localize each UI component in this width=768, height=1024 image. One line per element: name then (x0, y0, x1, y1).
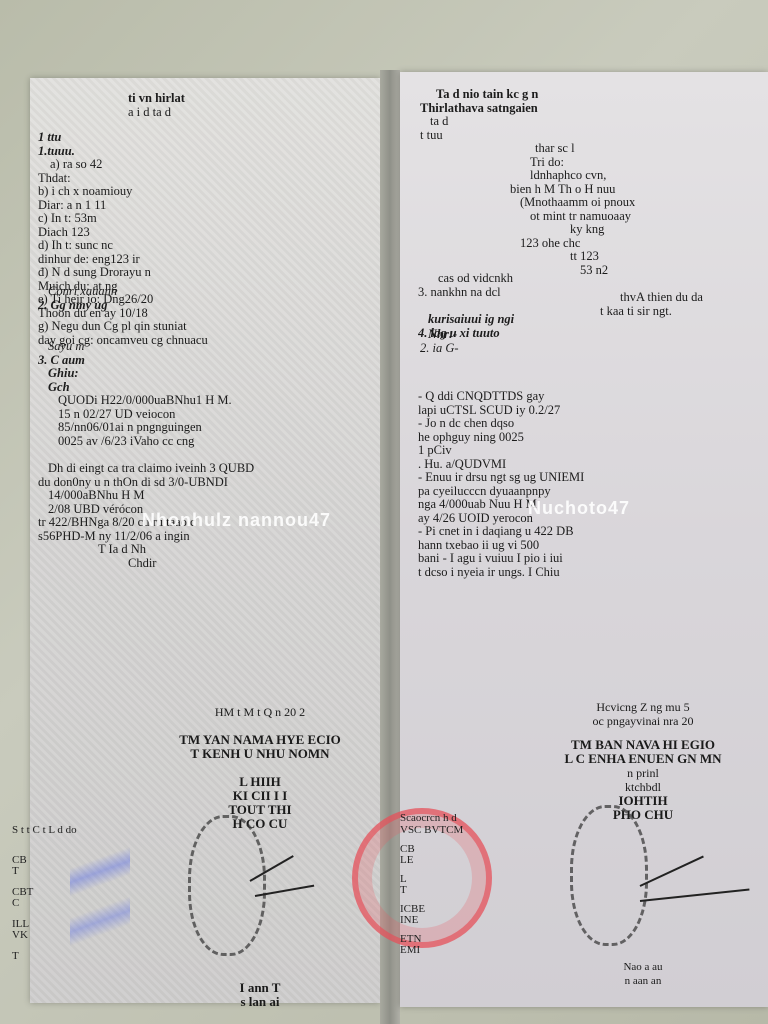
left-stamp-row: CBT C (12, 877, 77, 909)
left-signer-name: I ann T s lan ai (165, 981, 355, 1009)
right-line: bani - I agu i vuiuu I pio i iui (418, 552, 584, 566)
left-line: Sayu m (38, 312, 254, 354)
right-stamp-row: VSC BVTCM (400, 824, 463, 836)
right-line: ky kng (420, 223, 703, 237)
right-line: (Mnothaamm oi pnoux (420, 196, 703, 210)
left-line: dinhur de: eng123 ir (38, 253, 208, 267)
right-line: - Jo n dc chen dqso (418, 417, 584, 431)
left-sig-title-1: TM YAN NAMA HYE ECIO (165, 733, 355, 747)
left-stamp-row: S t t C t L d do (12, 815, 77, 845)
left-header-line: a i d ta d (38, 106, 208, 120)
right-line: cas od vidcnkh (418, 272, 584, 286)
left-line: 1.tuuu. (38, 145, 208, 159)
right-stamp-row: L T (400, 866, 463, 896)
left-line: 85/nn06/01ai n pngnguingen (38, 421, 254, 435)
left-line: đ) N d sung Drorayu n (38, 266, 208, 280)
left-line: T Ia d Nh (38, 543, 254, 557)
right-line: 1 pCiv (418, 444, 584, 458)
right-sig-role-3: IOHTIH (548, 794, 738, 808)
right-line: thar sc l (420, 142, 703, 156)
left-line: Chdir (38, 557, 254, 571)
left-line: du don0ny u n thOn di sd 3/0-UBNDI (38, 476, 254, 490)
right-line: ldnhaphco cvn, (420, 169, 703, 183)
right-line: - Q ddi CNQDTTDS gay (418, 340, 584, 404)
right-line: . Hu. a/QUDVMI (418, 458, 584, 472)
right-line: hann txebao ii ug vi 500 (418, 539, 584, 553)
left-stamp-row: T (12, 941, 77, 971)
left-official-seal (188, 815, 266, 956)
watermark-left: Nhonhulz nannou47 (142, 510, 331, 531)
right-line: 4. lag u xi tuuto (418, 327, 584, 341)
left-line: d) Ih t: sunc nc (38, 239, 208, 253)
right-line: ta d (420, 115, 703, 129)
right-sig-date: Hcvicng Z ng mu 5 (548, 700, 738, 714)
right-stamp-row: ICBE INE (400, 896, 463, 926)
right-line: lapi uCTSL SCUD iy 0.2/27 (418, 404, 584, 418)
left-line: 0025 av /6/23 iVaho cc cng (38, 435, 254, 449)
left-line: Conri xauann (38, 285, 254, 299)
left-sig-role-1: L HIIH (165, 775, 355, 789)
right-page-mid-text: cas od vidcnkh 3. nankhn na dcl kurisaiu… (418, 272, 584, 579)
right-line: 123 ohe chc (420, 237, 703, 251)
right-line: kurisaiuui ig ngi (418, 299, 584, 327)
left-line: 3. C aum (38, 354, 254, 368)
right-line: t tuu (420, 129, 703, 143)
right-line: pa cyeilucccn dyuaanpnpy (418, 485, 584, 499)
left-stamp-row: ILL VK (12, 909, 77, 941)
left-line: Thdat: (38, 172, 208, 186)
left-line: 15 n 02/27 UD veiocon (38, 408, 254, 422)
left-sig-role-2: KI CII I I (165, 789, 355, 803)
right-line: - Enuu ir drsu ngt sg ug UNIEMI (418, 471, 584, 485)
right-stamp-rows: Scaocrcn h d VSC BVTCM CB LE L T ICBE IN… (400, 812, 463, 956)
left-line: c) In t: 53m (38, 212, 208, 226)
right-line: Tri do: (420, 156, 703, 170)
right-line: he ophguy ning 0025 (418, 431, 584, 445)
right-sig-title-2: L C ENHA ENUEN GN MN (548, 752, 738, 766)
right-line: t dcso i nyeia ir ungs. I Chiu (418, 566, 584, 580)
left-line: a) ra so 42 (38, 158, 208, 172)
left-sig-role-3: TOUT THI (165, 803, 355, 817)
right-line: tt 123 (420, 250, 703, 264)
right-stamp-row: CB LE (400, 836, 463, 866)
left-blue-signature (70, 840, 130, 960)
left-header-line: ti vn hirlat (38, 92, 208, 106)
right-header-line: Ta d nio tain kc g n (420, 88, 703, 102)
right-sig-role-1: n prinl (548, 766, 738, 780)
right-official-seal (570, 805, 648, 946)
right-stamp-row: Scaocrcn h d (400, 812, 463, 824)
left-line: QUODi H22/0/000uaBNhu1 H M. (38, 394, 254, 408)
left-line: 2. Gg nmy ug (38, 299, 254, 313)
left-sig-date: HM t M t Q n 20 2 (165, 705, 355, 719)
right-line: ot mint tr namuoaay (420, 210, 703, 224)
left-line: Diar: a n 1 11 (38, 199, 208, 213)
right-line: 3. nankhn na dcl (418, 286, 584, 300)
right-line: - Pi cnet in i daqiang u 422 DB (418, 525, 584, 539)
left-stamp-rows: S t t C t L d do CB T CBT C ILL VK T (12, 815, 77, 971)
right-sig-date-2: oc pngayvinai nra 20 (548, 714, 738, 728)
right-signer-name: Nao a au n aan an (548, 960, 738, 988)
left-stamp-row: CB T (12, 845, 77, 877)
left-sig-title-2: T KENH U NHU NOMN (165, 747, 355, 761)
right-line: bien h M Th o H nuu (420, 183, 703, 197)
right-sig-title-1: TM BAN NAVA HI EGIO (548, 738, 738, 752)
watermark-right: Nuchoto47 (528, 498, 630, 519)
left-line: Dh di eingt ca tra claimo iveinh 3 QUBD (38, 448, 254, 476)
left-line: 1 ttu (38, 119, 208, 145)
right-sig-role-4: PHO CHU (548, 808, 738, 822)
left-line: s56PHD-M ny 11/2/06 a ingin (38, 530, 254, 544)
left-line: Diach 123 (38, 226, 208, 240)
left-line: Gch (38, 381, 254, 395)
right-header-line: Thirlathava satngaien (420, 102, 703, 116)
left-line: b) i ch x noamiouy (38, 185, 208, 199)
right-sig-role-2: ktchbdl (548, 780, 738, 794)
right-stamp-row: ETN EMI (400, 926, 463, 956)
left-line: 14/000aBNhu H M (38, 489, 254, 503)
left-line: Ghiu: (38, 367, 254, 381)
left-sig-role-4: H CO CU (165, 817, 355, 831)
